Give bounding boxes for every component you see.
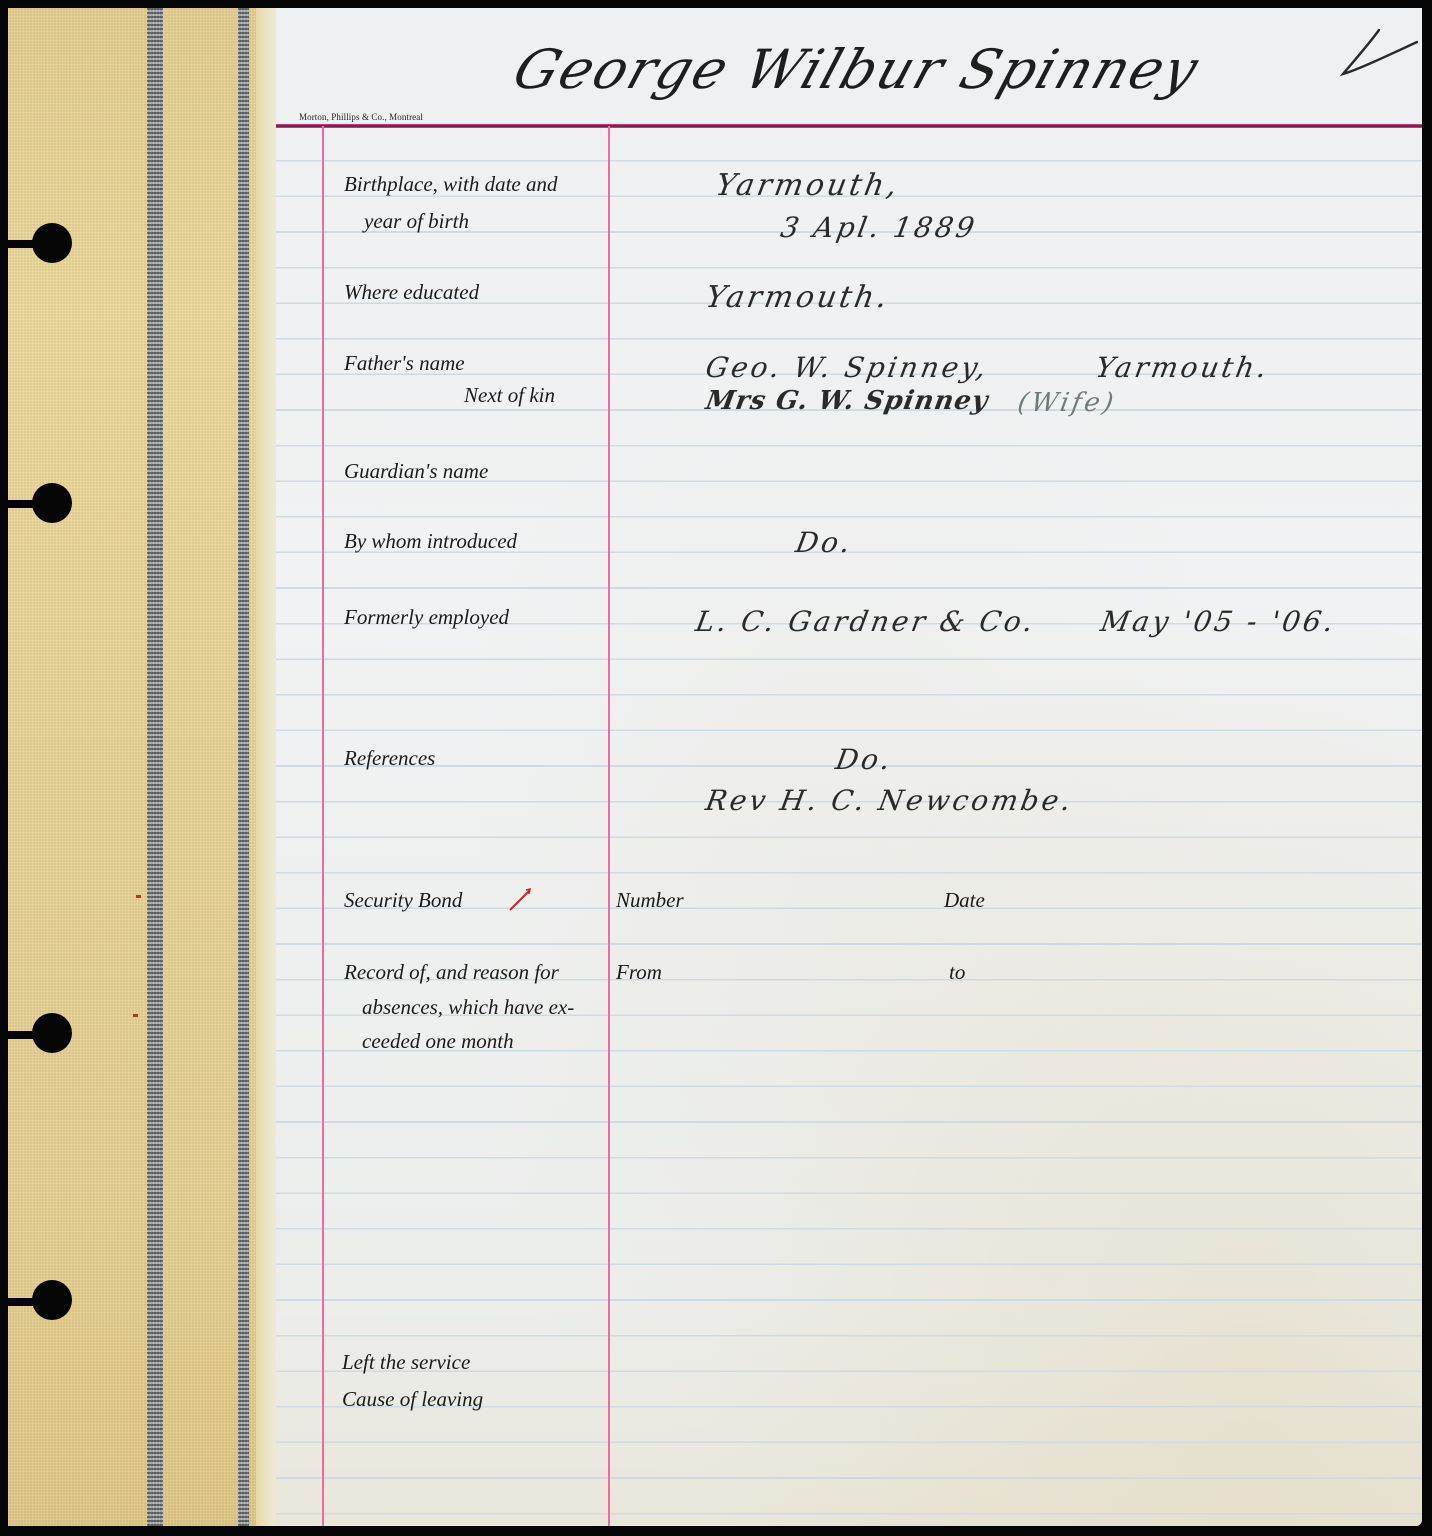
ledger-page: Morton, Phillips & Co., Montreal George … bbox=[276, 8, 1422, 1526]
label-birthplace: Birthplace, with date and bbox=[344, 172, 557, 197]
value-birth-date: 3 Apl. 1889 bbox=[778, 211, 980, 244]
value-next-of-kin-note: (Wife) bbox=[1015, 388, 1118, 418]
label-absences-line3: ceeded one month bbox=[362, 1029, 514, 1054]
label-bond-date: Date bbox=[944, 888, 985, 913]
label-absence-from: From bbox=[616, 960, 662, 985]
label-guardians-name: Guardian's name bbox=[344, 459, 488, 484]
red-tick-mark bbox=[133, 1014, 138, 1017]
value-employment-dates: May '05 - '06. bbox=[1098, 605, 1339, 638]
label-cause-of-leaving: Cause of leaving bbox=[342, 1387, 483, 1412]
value-where-educated: Yarmouth. bbox=[703, 280, 893, 315]
value-references-line1: Do. bbox=[833, 743, 896, 776]
label-birthplace-line2: year of birth bbox=[364, 209, 469, 234]
value-fathers-name: Geo. W. Spinney, bbox=[703, 351, 991, 384]
binding-stripe bbox=[147, 8, 163, 1526]
label-absences: Record of, and reason for bbox=[344, 960, 559, 985]
red-check-icon bbox=[508, 886, 534, 916]
label-security-bond: Security Bond bbox=[344, 888, 462, 913]
label-left-the-service: Left the service bbox=[342, 1350, 470, 1375]
ruled-lines bbox=[276, 126, 1422, 1526]
scan-background: Morton, Phillips & Co., Montreal George … bbox=[0, 0, 1432, 1536]
binding-paper-edge bbox=[256, 8, 278, 1526]
punch-hole bbox=[32, 1280, 72, 1320]
red-tick-mark bbox=[136, 895, 141, 898]
employee-name-heading: George Wilbur Spinney bbox=[506, 38, 1208, 101]
value-references-line2: Rev H. C. Newcombe. bbox=[703, 784, 1076, 817]
label-absence-to: to bbox=[949, 960, 965, 985]
label-references: References bbox=[344, 746, 435, 771]
checkmark-icon bbox=[1331, 26, 1421, 86]
punch-hole bbox=[32, 1013, 72, 1053]
label-where-educated: Where educated bbox=[344, 280, 479, 305]
value-by-whom-introduced: Do. bbox=[793, 526, 856, 559]
binding-stripe bbox=[238, 8, 249, 1526]
label-by-whom-introduced: By whom introduced bbox=[344, 529, 517, 554]
value-birthplace: Yarmouth, bbox=[713, 168, 903, 203]
punch-hole bbox=[32, 483, 72, 523]
value-former-employer: L. C. Gardner & Co. bbox=[693, 605, 1038, 638]
label-next-of-kin: Next of kin bbox=[464, 383, 555, 408]
value-next-of-kin: Mrs G. W. Spinney bbox=[703, 386, 990, 416]
value-fathers-residence: Yarmouth. bbox=[1093, 351, 1272, 384]
label-fathers-name: Father's name bbox=[344, 351, 465, 376]
punch-hole bbox=[32, 223, 72, 263]
column-divider-rule bbox=[608, 126, 610, 1526]
label-formerly-employed: Formerly employed bbox=[344, 605, 509, 630]
margin-rule-left bbox=[322, 126, 324, 1526]
label-bond-number: Number bbox=[616, 888, 684, 913]
label-absences-line2: absences, which have ex- bbox=[362, 995, 574, 1020]
publisher-imprint: Morton, Phillips & Co., Montreal bbox=[299, 112, 423, 122]
header-red-rule bbox=[276, 124, 1422, 128]
